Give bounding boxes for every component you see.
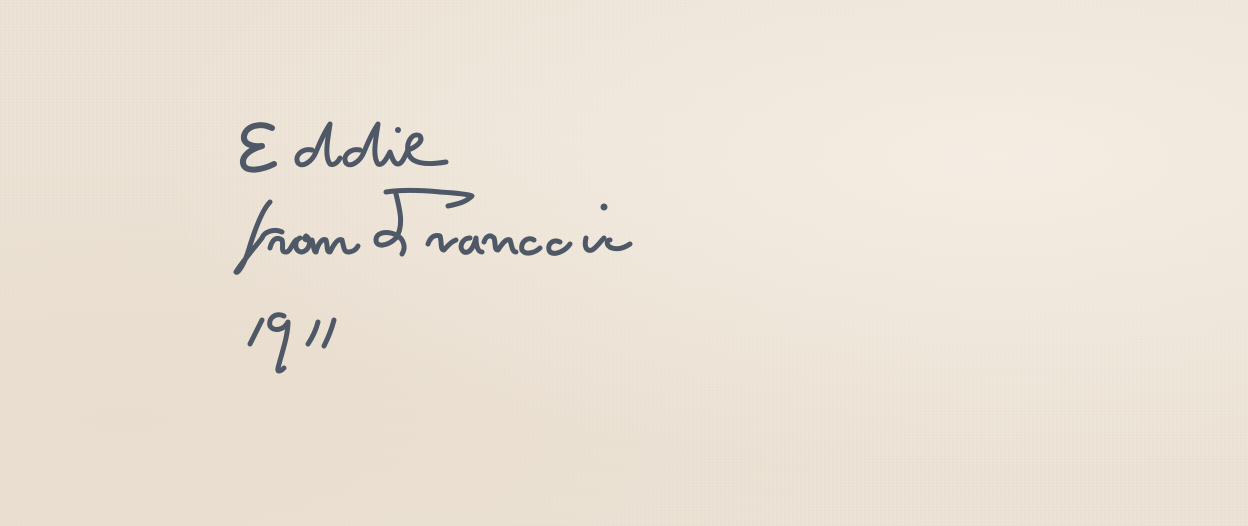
inscription-year: 1911 [246, 316, 348, 362]
inscription-sender: from Francis [236, 210, 497, 256]
paper-page: Eddie from Francis 1911 [0, 0, 1248, 526]
handwritten-inscription [0, 0, 1248, 526]
inscription-recipient: Eddie [240, 120, 357, 166]
